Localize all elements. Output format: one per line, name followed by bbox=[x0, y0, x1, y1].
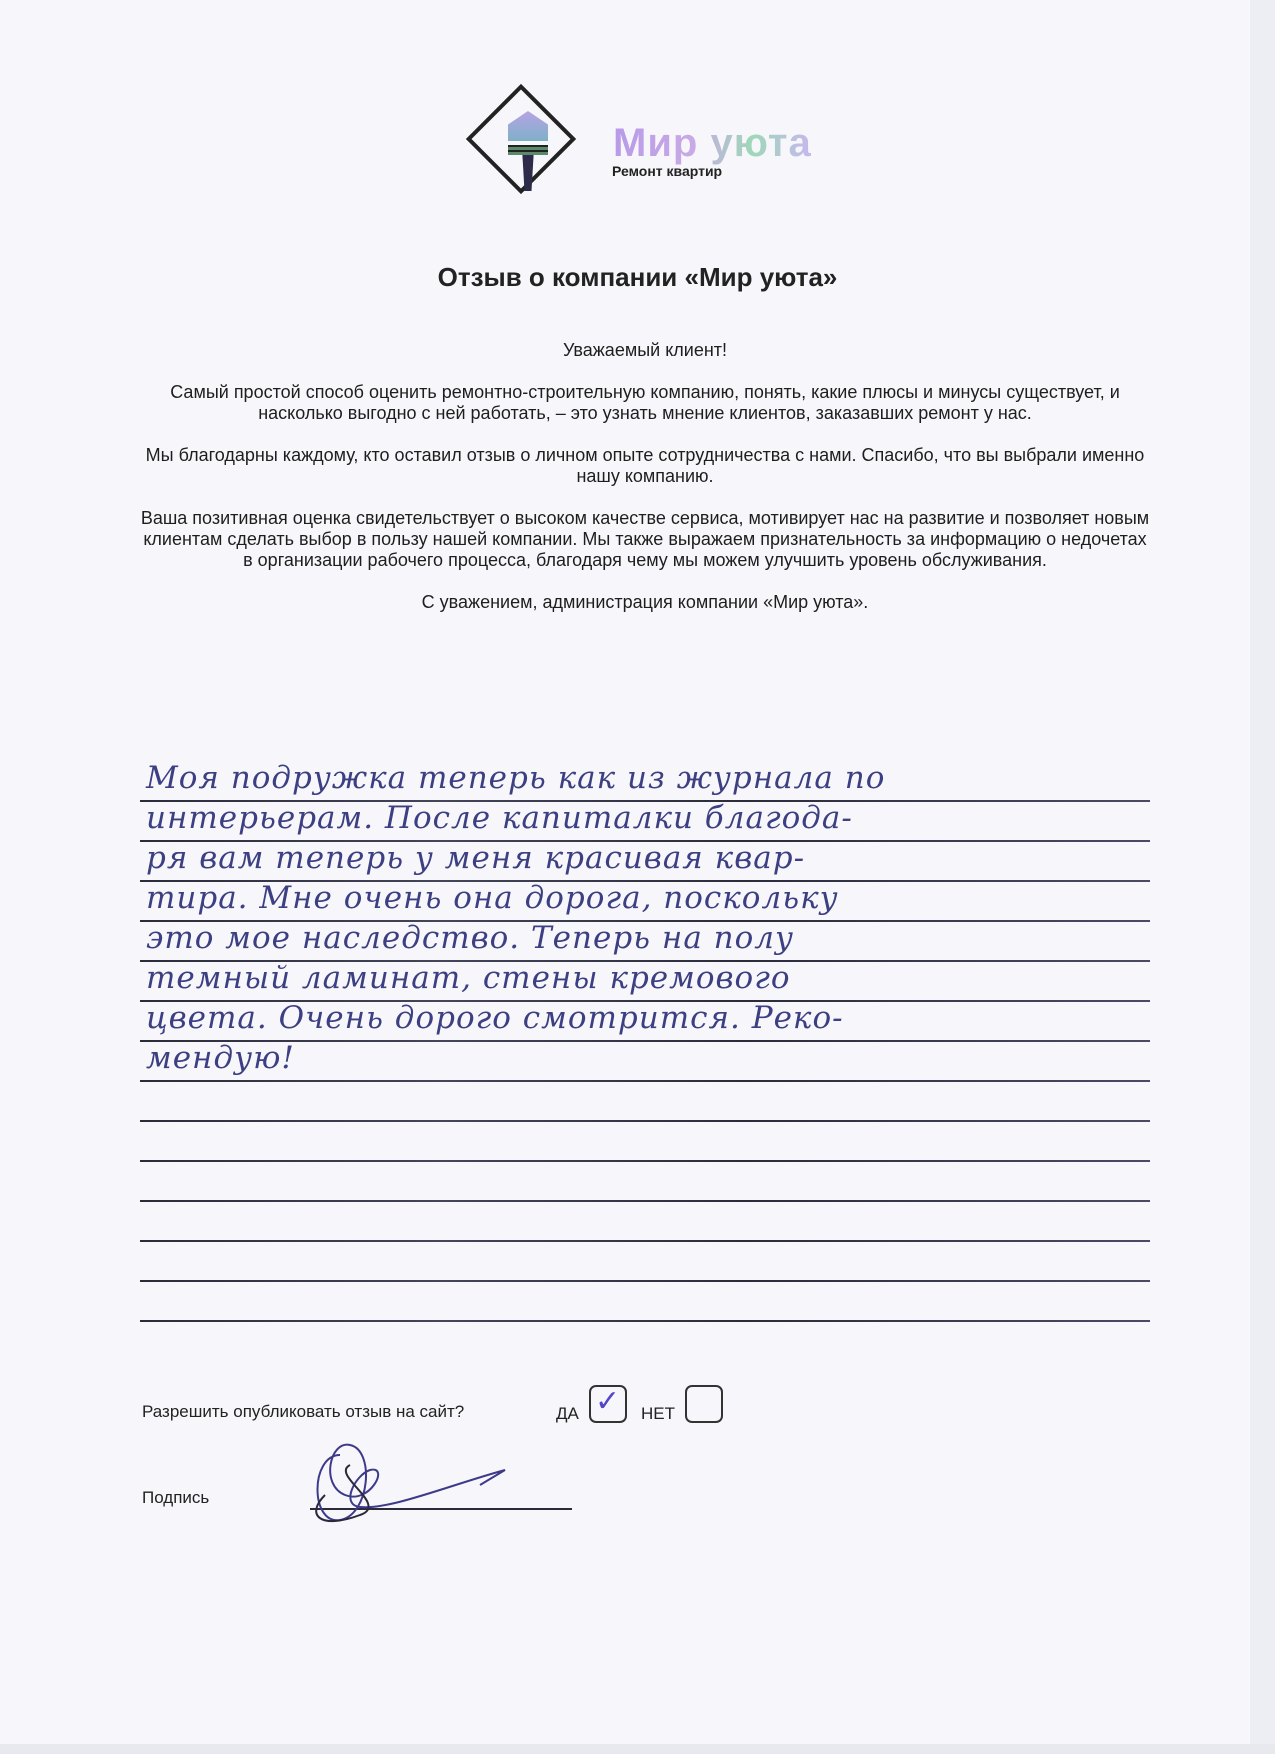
handwritten-line: интерьерам. После капиталки благода- bbox=[146, 800, 853, 836]
writing-line bbox=[140, 1320, 1150, 1322]
signature-label: Подпись bbox=[142, 1488, 209, 1508]
publish-question: Разрешить опубликовать отзыв на сайт? bbox=[142, 1402, 464, 1422]
handwritten-line: тира. Мне очень она дорога, поскольку bbox=[146, 880, 839, 916]
handwritten-line: это мое наследство. Теперь на полу bbox=[146, 920, 794, 956]
scanned-review-form: Мир уюта Ремонт квартир Отзыв о компании… bbox=[0, 0, 1275, 1754]
handwritten-line: цвета. Очень дорого смотрится. Реко- bbox=[146, 1000, 844, 1036]
checkmark-icon: ✓ bbox=[595, 1385, 620, 1419]
paragraph: Ваша позитивная оценка свидетельствует о… bbox=[140, 508, 1150, 571]
brand-tagline: Ремонт квартир bbox=[612, 163, 722, 179]
no-checkbox[interactable] bbox=[685, 1385, 723, 1423]
document-title: Отзыв о компании «Мир уюта» bbox=[0, 262, 1275, 293]
paragraph: Мы благодарны каждому, кто оставил отзыв… bbox=[140, 445, 1150, 487]
paragraph: Самый простой способ оценить ремонтно-ст… bbox=[140, 382, 1150, 424]
handwritten-line: мендую! bbox=[146, 1040, 295, 1076]
brand-name: Мир уюта bbox=[613, 121, 812, 166]
handwritten-line: Моя подружка теперь как из журнала по bbox=[146, 760, 885, 796]
intro-text: Уважаемый клиент! Самый простой способ о… bbox=[140, 340, 1150, 634]
company-logo: Мир уюта Ремонт квартир bbox=[475, 93, 835, 203]
handwritten-line: ря вам теперь у меня красивая квар- bbox=[146, 840, 805, 876]
no-label: НЕТ bbox=[641, 1404, 675, 1424]
yes-label: ДА bbox=[556, 1404, 579, 1424]
writing-line bbox=[140, 1160, 1150, 1162]
signature-scribble-icon bbox=[300, 1435, 520, 1535]
handwritten-line: темный ламинат, стены кремового bbox=[146, 960, 791, 996]
greeting: Уважаемый клиент! bbox=[140, 340, 1150, 361]
yes-checkbox[interactable]: ✓ bbox=[589, 1385, 627, 1423]
scan-edge-bottom bbox=[0, 1744, 1275, 1754]
paintbrush-ferrule-icon bbox=[508, 145, 548, 155]
writing-line bbox=[140, 1200, 1150, 1202]
writing-line bbox=[140, 1120, 1150, 1122]
closing: С уважением, администрация компании «Мир… bbox=[140, 592, 1150, 613]
writing-line bbox=[140, 1080, 1150, 1082]
writing-line bbox=[140, 1280, 1150, 1282]
writing-line bbox=[140, 1240, 1150, 1242]
